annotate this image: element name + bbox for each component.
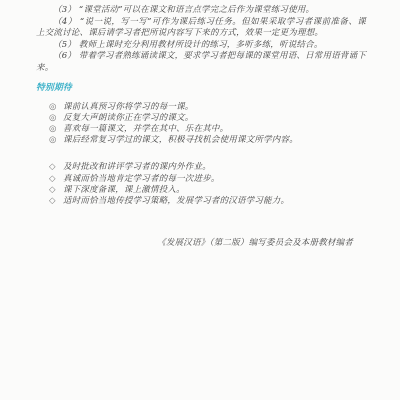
- document-page: （3） “课堂活动”可以在课文和语言点学完之后作为课堂练习使用。 （4） “说一…: [0, 0, 400, 400]
- list-item-text: 课下深度备课，课上激情投入。: [63, 185, 366, 196]
- list-item-text: 适时而恰当地传授学习策略，发展学习者的汉语学习能力。: [63, 196, 366, 207]
- list-item-text: 及时批改和讲评学习者的课内外作业。: [63, 162, 366, 173]
- list-item: ◎ 喜欢每一篇课文，并学在其中、乐在其中。: [49, 124, 366, 135]
- diamond-bullet-icon: ◇: [49, 162, 59, 173]
- list-item-text: 真诚而恰当地肯定学习者的每一次进步。: [63, 174, 366, 185]
- list-item: ◇ 课下深度备课，课上激情投入。: [49, 185, 366, 196]
- list-item-text: 课后经常复习学过的课文，积极寻找机会使用课文所学内容。: [63, 135, 366, 146]
- list-item: ◇ 适时而恰当地传授学习策略，发展学习者的汉语学习能力。: [49, 196, 366, 207]
- numbered-paragraph: （3） “课堂活动”可以在课文和语言点学完之后作为课堂练习使用。: [36, 5, 366, 17]
- diamond-bullet-icon: ◇: [49, 174, 59, 185]
- diamond-bullet-list: ◇ 及时批改和讲评学习者的课内外作业。 ◇ 真诚而恰当地肯定学习者的每一次进步。…: [36, 162, 366, 207]
- circle-bullet-icon: ◎: [49, 102, 59, 113]
- list-item: ◎ 课前认真预习你将学习的每一课。: [49, 102, 366, 113]
- numbered-paragraph: （5） 教师上课时充分利用教材所设计的练习，多听多练，听说结合。: [36, 40, 366, 52]
- list-item-text: 课前认真预习你将学习的每一课。: [63, 102, 366, 113]
- circle-bullet-icon: ◎: [49, 113, 59, 124]
- numbered-paragraph: （6） 带着学习者熟练诵读课文，要求学习者把每课的课堂用语、日常用语背诵下来。: [36, 51, 366, 74]
- list-item: ◇ 及时批改和讲评学习者的课内外作业。: [49, 162, 366, 173]
- circle-bullet-icon: ◎: [49, 135, 59, 146]
- section-heading: 特别期待: [36, 83, 366, 95]
- circle-bullet-list: ◎ 课前认真预习你将学习的每一课。 ◎ 反复大声朗读你正在学习的课文。 ◎ 喜欢…: [36, 102, 366, 147]
- circle-bullet-icon: ◎: [49, 124, 59, 135]
- diamond-bullet-icon: ◇: [49, 196, 59, 207]
- list-item: ◎ 课后经常复习学过的课文，积极寻找机会使用课文所学内容。: [49, 135, 366, 146]
- editor-signature: 《发展汉语》（第二版）编写委员会及本册教材编者: [36, 238, 353, 249]
- list-item-text: 喜欢每一篇课文，并学在其中、乐在其中。: [63, 124, 366, 135]
- numbered-paragraph: （4） “说一说，写一写”可作为课后练习任务。但如果采取学习者课前准备、课上交流…: [36, 17, 366, 40]
- document-content: （3） “课堂活动”可以在课文和语言点学完之后作为课堂练习使用。 （4） “说一…: [0, 0, 400, 249]
- diamond-bullet-icon: ◇: [49, 185, 59, 196]
- list-item-text: 反复大声朗读你正在学习的课文。: [63, 113, 366, 124]
- list-item: ◇ 真诚而恰当地肯定学习者的每一次进步。: [49, 174, 366, 185]
- list-item: ◎ 反复大声朗读你正在学习的课文。: [49, 113, 366, 124]
